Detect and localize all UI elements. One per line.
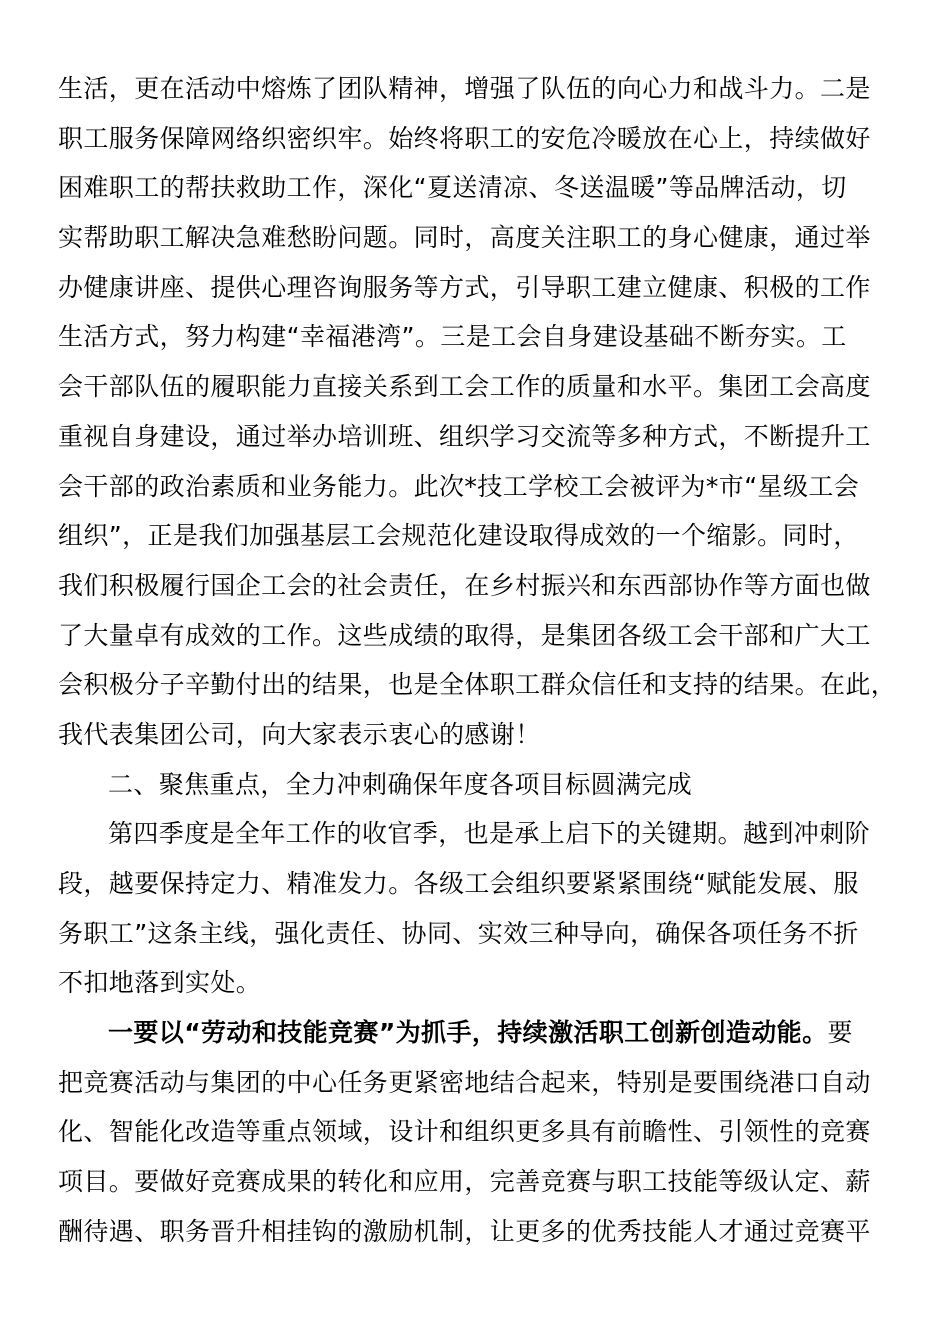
text-line: 生活，更在活动中熔炼了团队精神，增强了队伍的向心力和战斗力。二是 (58, 64, 898, 114)
text-line: 项目。要做好竞赛成果的转化和应用，完善竞赛与职工技能等级认定、薪 (58, 1157, 898, 1207)
text-line: 一要以“劳动和技能竞赛”为抓手，持续激活职工创新创造动能。要 (58, 1008, 898, 1058)
text-line: 第四季度是全年工作的收官季，也是承上启下的关键期。越到冲刺阶 (58, 809, 898, 859)
paragraph-fourth-quarter: 第四季度是全年工作的收官季，也是承上启下的关键期。越到冲刺阶 段，越要保持定力、… (58, 809, 898, 1008)
text-line: 会积极分子辛勤付出的结果，也是全体职工群众信任和支持的结果。在此， (58, 660, 898, 710)
text-line: 重视自身建设，通过举办培训班、组织学习交流等多种方式，不断提升工 (58, 412, 898, 462)
text-line: 职工服务保障网络织密织牢。始终将职工的安危冷暖放在心上，持续做好 (58, 114, 898, 164)
text-line: 办健康讲座、提供心理咨询服务等方式，引导职工建立健康、积极的工作 (58, 263, 898, 313)
text-line: 段，越要保持定力、精准发力。各级工会组织要紧紧围绕“赋能发展、服 (58, 859, 898, 909)
paragraph-skills-competition: 一要以“劳动和技能竞赛”为抓手，持续激活职工创新创造动能。要 把竞赛活动与集团的… (58, 1008, 898, 1256)
text-line: 酬待遇、职务晋升相挂钩的激励机制，让更多的优秀技能人才通过竞赛平 (58, 1207, 898, 1257)
section-heading: 二、聚焦重点，全力冲刺确保年度各项目标圆满完成 (58, 760, 898, 810)
text-line: 了大量卓有成效的工作。这些成绩的取得，是集团各级工会干部和广大工 (58, 611, 898, 661)
document-page: 生活，更在活动中熔炼了团队精神，增强了队伍的向心力和战斗力。二是 职工服务保障网… (58, 64, 898, 1257)
text-line: 困难职工的帮扶救助工作，深化“夏送清凉、冬送温暖”等品牌活动，切 (58, 163, 898, 213)
text-run: 要 (827, 1018, 852, 1047)
text-line: 把竞赛活动与集团的中心任务更紧密地结合起来，特别是要围绕港口自动 (58, 1058, 898, 1108)
text-line: 组织”，正是我们加强基层工会规范化建设取得成效的一个缩影。同时， (58, 511, 898, 561)
paragraph-achievements: 生活，更在活动中熔炼了团队精神，增强了队伍的向心力和战斗力。二是 职工服务保障网… (58, 64, 898, 760)
text-line: 会干部队伍的履职能力直接关系到工会工作的质量和水平。集团工会高度 (58, 362, 898, 412)
text-line: 生活方式，努力构建“幸福港湾”。三是工会自身建设基础不断夯实。工 (58, 312, 898, 362)
text-line: 不扣地落到实处。 (58, 958, 898, 1008)
text-line: 化、智能化改造等重点领域，设计和组织更多具有前瞻性、引领性的竞赛 (58, 1107, 898, 1157)
text-line: 我代表集团公司，向大家表示衷心的感谢！ (58, 710, 898, 760)
text-line: 会干部的政治素质和业务能力。此次*技工学校工会被评为*市“星级工会 (58, 462, 898, 512)
text-line: 务职工”这条主线，强化责任、协同、实效三种导向，确保各项任务不折 (58, 909, 898, 959)
bold-lead-sentence: 一要以“劳动和技能竞赛”为抓手，持续激活职工创新创造动能。 (108, 1018, 827, 1047)
text-line: 实帮助职工解决急难愁盼问题。同时，高度关注职工的身心健康，通过举 (58, 213, 898, 263)
text-line: 我们积极履行国企工会的社会责任，在乡村振兴和东西部协作等方面也做 (58, 561, 898, 611)
